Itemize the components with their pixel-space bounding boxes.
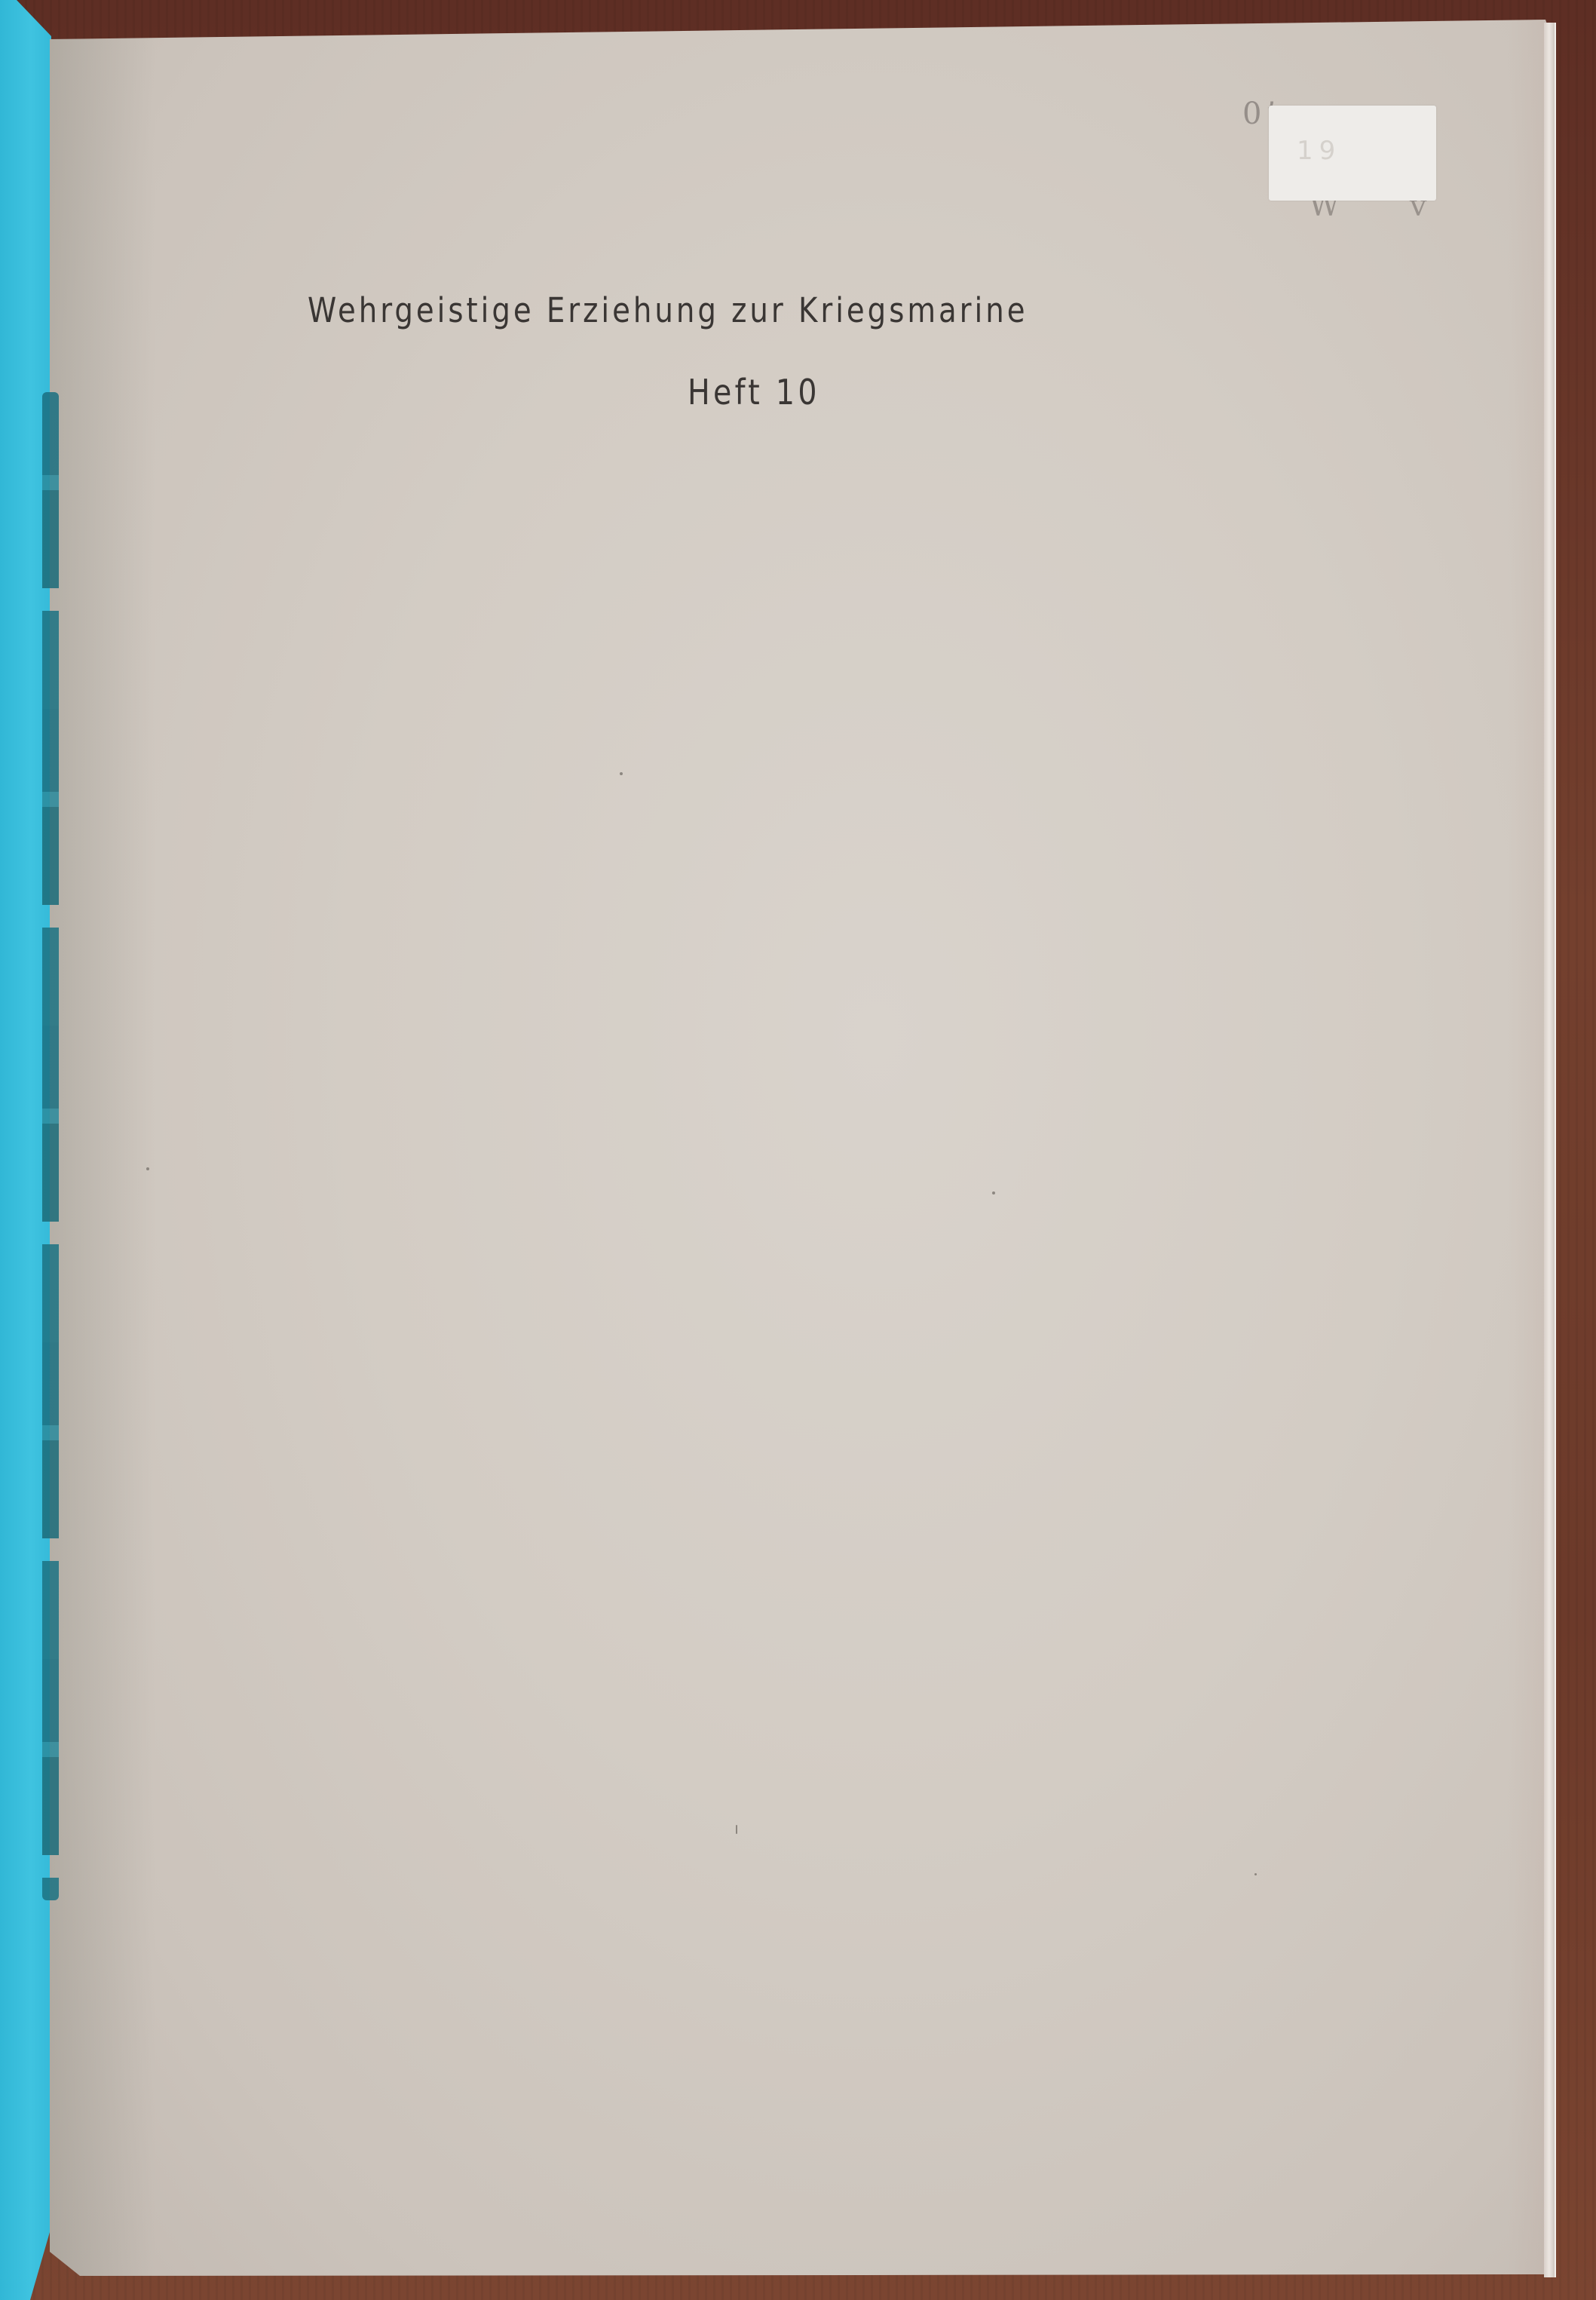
white-label-sticker: [1269, 106, 1436, 201]
paper-speck: [992, 1191, 995, 1194]
paper-speck: [736, 1825, 737, 1834]
title-page: [50, 20, 1553, 2276]
issue-number: Heft 10: [688, 372, 820, 412]
cover-spine-edge: [42, 392, 59, 1900]
paper-speck: [1254, 1873, 1257, 1875]
paper-speck: [146, 1167, 149, 1170]
paper-speck: [620, 772, 623, 775]
page-edges-stack: [1544, 23, 1556, 2277]
series-title: Wehrgeistige Erziehung zur Kriegsmarine: [308, 290, 1098, 330]
label-faded-text: 19: [1297, 136, 1341, 166]
